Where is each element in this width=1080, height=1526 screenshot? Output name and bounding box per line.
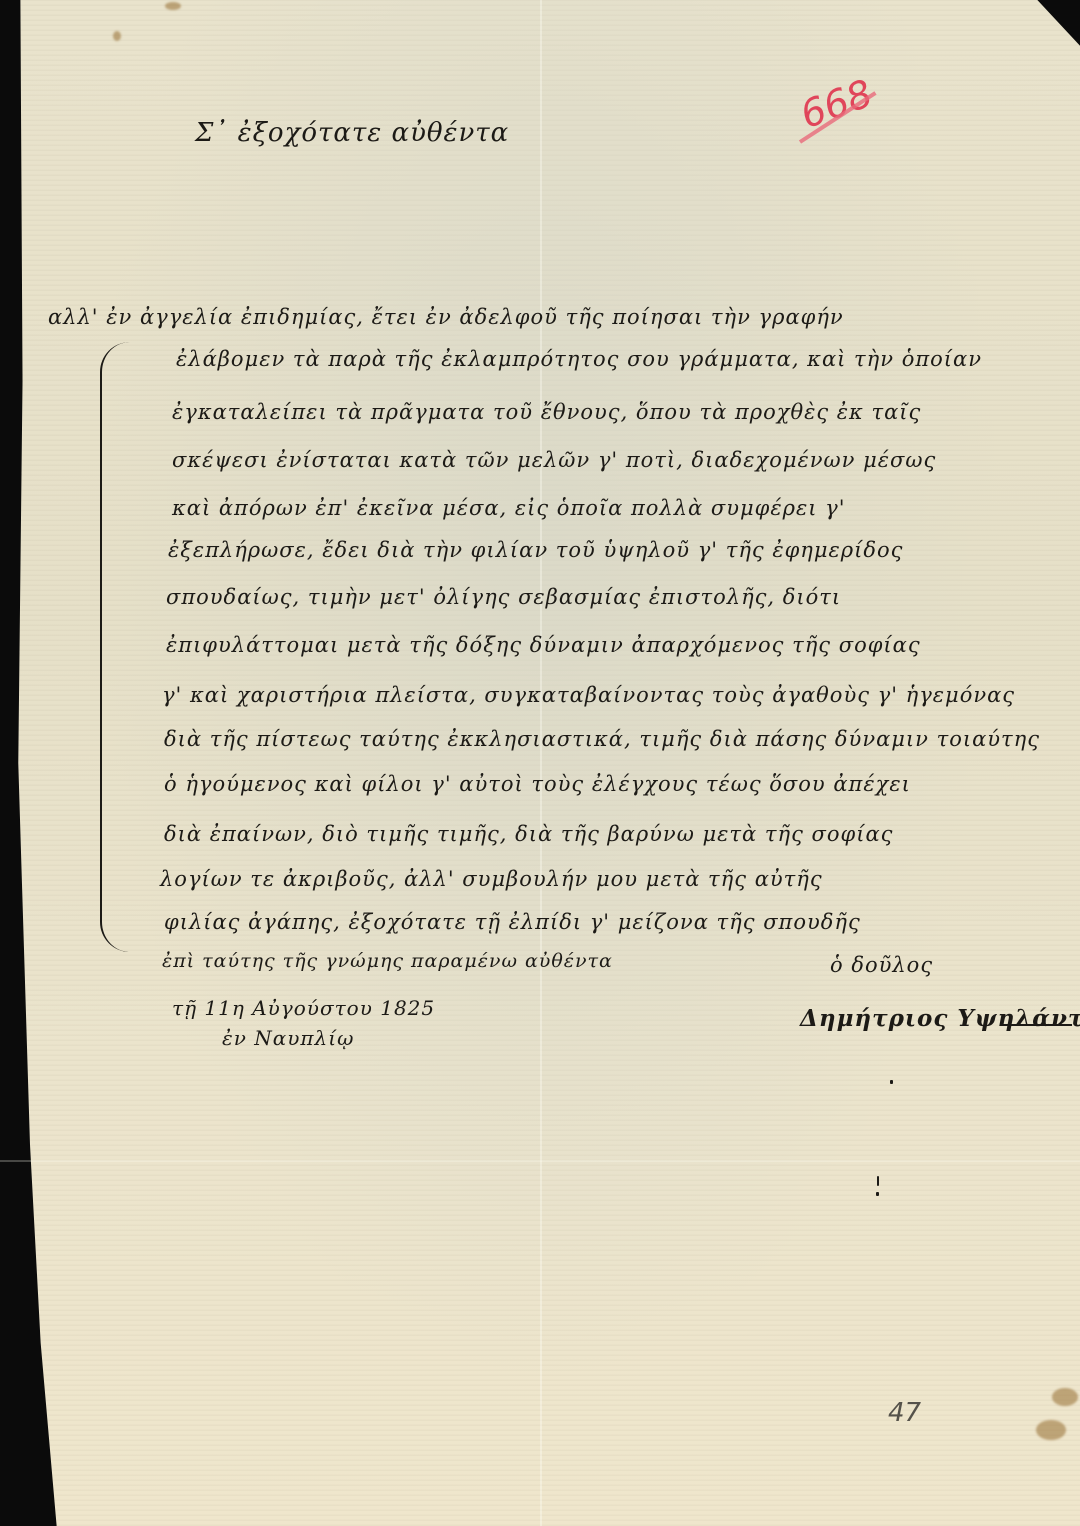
body-line-2: ἐλάβομεν τὰ παρὰ τῆς ἐκλαμπρότητος σου γ… — [176, 347, 982, 371]
body-line-9: γ' καὶ χαριστήρια πλείστα, συγκαταβαίνον… — [162, 683, 1015, 707]
margin-bracket — [100, 342, 142, 952]
place-line: ἐν Ναυπλίῳ — [222, 1026, 354, 1050]
archive-number-pencil: 47 — [888, 1398, 921, 1428]
body-line-7: σπουδαίως, τιμὴν μετ' ὀλίγης σεβασμίας ἐ… — [166, 585, 841, 609]
paper-fold-vertical — [540, 0, 542, 1526]
date-line: τῇ 11η Αὐγούστου 1825 — [172, 996, 435, 1020]
body-line-14: φιλίας ἀγάπης, ἐξοχότατε τῇ ἐλπίδι γ' με… — [164, 910, 861, 934]
stain-bottom-right-2 — [1036, 1420, 1066, 1440]
body-line-4: σκέψεσι ἐνίσταται κατὰ τῶν μελῶν γ' ποτὶ… — [172, 448, 936, 472]
manuscript-page — [14, 0, 1080, 1526]
stain-bottom-right-1 — [1052, 1388, 1078, 1406]
body-line-1: αλλ' ἐν ἀγγελία ἐπιδημίας, ἔτει ἐν ἀδελφ… — [48, 305, 844, 329]
ink-mark — [876, 1192, 879, 1196]
body-line-5: καὶ ἀπόρων ἐπ' ἐκεῖνα μέσα, εἰς ὁποῖα πο… — [172, 496, 845, 520]
ink-mark — [877, 1176, 879, 1186]
body-line-10: διὰ τῆς πίστεως ταύτης ἐκκλησιαστικά, τι… — [164, 727, 1040, 751]
body-line-11: ὁ ἡγούμενος καὶ φίλοι γ' αὐτοὶ τοὺς ἐλέγ… — [164, 772, 911, 796]
salutation: Σ᾿ ἐξοχότατε αὐθέντα — [195, 118, 509, 148]
stain-top-left — [113, 31, 121, 41]
signature-flourish — [1000, 1024, 1072, 1026]
signature: Δημήτριος Υψηλάντης — [800, 1005, 1080, 1032]
body-line-12: διὰ ἐπαίνων, διὸ τιμῆς τιμῆς, διὰ τῆς βα… — [164, 822, 893, 846]
body-line-13: λογίων τε ἀκριβοῦς, ἀλλ' συμβουλήν μου μ… — [160, 867, 823, 891]
body-line-3: ἐγκαταλείπει τὰ πρᾶγματα τοῦ ἔθνους, ὅπο… — [172, 400, 921, 424]
body-line-8: ἐπιφυλάττομαι μετὰ τῆς δόξης δύναμιν ἀπα… — [166, 633, 921, 657]
stain-top — [165, 2, 181, 10]
body-line-15: ἐπὶ ταύτης τῆς γνώμης παραμένω αὐθέντα — [162, 950, 613, 972]
paper-fold-horizontal — [0, 1160, 1080, 1162]
body-line-6: ἐξεπλήρωσε, ἔδει διὰ τὴν φιλίαν τοῦ ὑψηλ… — [168, 538, 903, 562]
closing-phrase: ὁ δοῦλος — [830, 953, 933, 977]
ink-mark — [890, 1080, 893, 1084]
